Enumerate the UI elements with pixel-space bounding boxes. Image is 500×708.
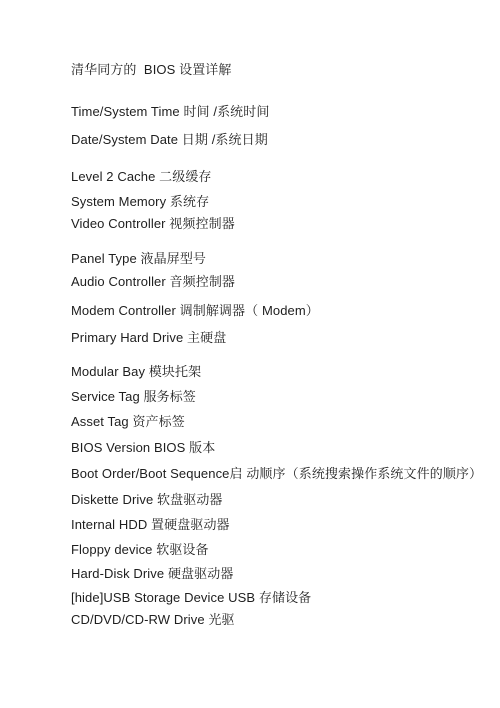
- bios-term-floppy-device: Floppy device 软驱设备: [71, 542, 209, 557]
- bios-term-system-memory: System Memory 系统存: [71, 194, 209, 209]
- bios-term-internal-hdd: Internal HDD 置硬盘驱动器: [71, 517, 230, 532]
- bios-term-audio-controller: Audio Controller 音频控制器: [71, 274, 235, 289]
- bios-term-cd-dvd-drive: CD/DVD/CD-RW Drive 光驱: [71, 612, 235, 627]
- bios-term-usb-storage-device: [hide]USB Storage Device USB 存储设备: [71, 590, 311, 605]
- bios-term-diskette-drive: Diskette Drive 软盘驱动器: [71, 492, 223, 507]
- bios-term-panel-type: Panel Type 液晶屏型号: [71, 251, 206, 266]
- bios-term-boot-order: Boot Order/Boot Sequence启 动顺序（系统搜索操作系统文件…: [71, 466, 482, 481]
- bios-term-asset-tag: Asset Tag 资产标签: [71, 414, 185, 429]
- bios-term-modem-controller: Modem Controller 调制解调器（ Modem）: [71, 303, 319, 318]
- bios-term-time: Time/System Time 时间 /系统时间: [71, 104, 269, 119]
- bios-term-primary-hard-drive: Primary Hard Drive 主硬盘: [71, 330, 226, 345]
- bios-term-hard-disk-drive: Hard-Disk Drive 硬盘驱动器: [71, 566, 233, 581]
- bios-term-date: Date/System Date 日期 /系统日期: [71, 132, 268, 147]
- bios-term-modular-bay: Modular Bay 模块托架: [71, 364, 201, 379]
- bios-term-service-tag: Service Tag 服务标签: [71, 389, 196, 404]
- bios-term-video-controller: Video Controller 视频控制器: [71, 216, 235, 231]
- document-page: 清华同方的 BIOS 设置详解 Time/System Time 时间 /系统时…: [0, 0, 500, 708]
- doc-title: 清华同方的 BIOS 设置详解: [71, 62, 232, 77]
- bios-term-bios-version: BIOS Version BIOS 版本: [71, 440, 215, 455]
- bios-term-level2-cache: Level 2 Cache 二级缓存: [71, 169, 212, 184]
